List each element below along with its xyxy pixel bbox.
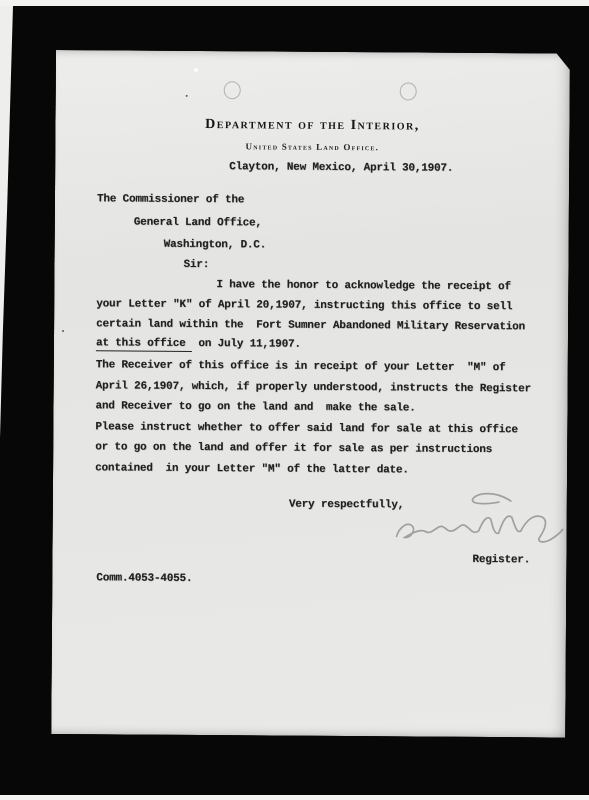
salutation: Sir:	[183, 259, 209, 271]
letterhead-office: United States Land Office.	[55, 140, 569, 154]
body-line: I have the honor to acknowledge the rece…	[216, 279, 511, 293]
body-line: your Letter "K" of April 20,1907, instru…	[96, 298, 512, 313]
punch-hole-icon	[224, 81, 241, 99]
body-line: and Receiver to go on the land and make …	[95, 400, 415, 414]
paper-speck	[194, 68, 198, 72]
photo-edge-bottom	[0, 795, 589, 800]
body-line: The Receiver of this office is in receip…	[96, 359, 506, 374]
body-line: April 26,1907, which, if properly unders…	[96, 380, 531, 395]
scanned-letter-frame: Department of the Interior, United State…	[0, 0, 589, 800]
punch-hole-icon	[400, 82, 417, 100]
letterhead-department: Department of the Interior,	[55, 116, 569, 136]
signature-scrawl	[397, 515, 563, 542]
signature-title: Register.	[472, 554, 530, 566]
document-page: Department of the Interior, United State…	[51, 50, 570, 738]
paper-speck	[62, 330, 64, 332]
signature	[393, 488, 565, 553]
photo-edge-left	[0, 6, 13, 486]
photo-edge-top	[0, 0, 589, 6]
paper-speck	[186, 95, 188, 97]
body-line: or to go on the land and offer it for sa…	[95, 441, 492, 456]
body-line: at this office on July 11,1907.	[96, 337, 301, 350]
dateline: Clayton, New Mexico, April 30,1907.	[229, 161, 453, 175]
recipient-line: Washington, D.C.	[164, 239, 267, 252]
body-line: certain land within the Fort Sumner Aban…	[96, 318, 525, 333]
recipient-line: General Land Office,	[134, 217, 262, 230]
valediction: Very respectfully,	[289, 499, 404, 512]
underlined-phrase: at this office	[96, 337, 192, 352]
signature-flourish	[472, 494, 510, 504]
reference-number: Comm.4053-4055.	[96, 572, 192, 585]
body-line: Please instruct whether to offer said la…	[95, 421, 518, 436]
body-line: contained in your Letter "M" of the latt…	[95, 462, 409, 476]
recipient-line: The Commissioner of the	[97, 193, 244, 206]
body-line-rest: on July 11,1907.	[192, 338, 301, 351]
